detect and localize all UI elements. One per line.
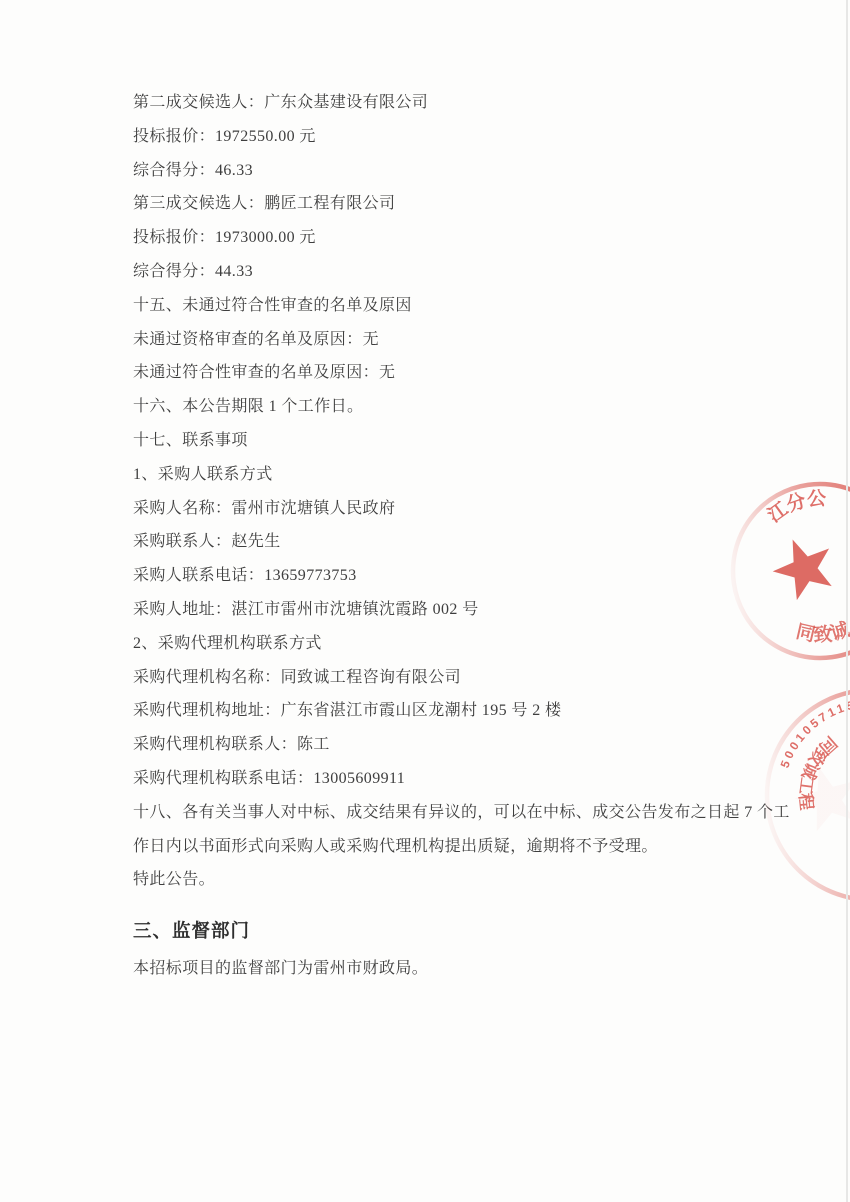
document-page: 第二成交候选人：广东众基建设有限公司投标报价：1972550.00 元综合得分：…	[0, 0, 850, 1202]
document-line: 投标报价：1972550.00 元	[133, 120, 820, 154]
document-line: 综合得分：46.33	[133, 154, 820, 188]
document-line: 采购人名称：雷州市沈塘镇人民政府	[133, 492, 820, 526]
document-line: 采购代理机构联系电话：13005609911	[133, 762, 820, 796]
document-line: 未通过符合性审查的名单及原因：无	[133, 356, 820, 390]
document-line: 综合得分：44.33	[133, 255, 820, 289]
document-line: 十七、联系事项	[133, 424, 820, 458]
document-line: 2、采购代理机构联系方式	[133, 627, 820, 661]
document-line: 十六、本公告期限 1 个工作日。	[133, 390, 820, 424]
document-line: 采购联系人：赵先生	[133, 525, 820, 559]
document-line: 第三成交候选人：鹏匠工程有限公司	[133, 187, 820, 221]
document-line: 采购人地址：湛江市雷州市沈塘镇沈霞路 002 号	[133, 593, 820, 627]
scan-edge-line	[846, 0, 848, 1202]
document-line: 未通过资格审查的名单及原因：无	[133, 323, 820, 357]
document-line: 十八、各有关当事人对中标、成交结果有异议的，可以在中标、成交公告发布之日起 7 …	[133, 796, 820, 830]
document-text: 第二成交候选人：广东众基建设有限公司投标报价：1972550.00 元综合得分：…	[133, 86, 820, 986]
document-line: 采购代理机构联系人：陈工	[133, 728, 820, 762]
document-line: 特此公告。	[133, 863, 820, 897]
document-line: 1、采购人联系方式	[133, 458, 820, 492]
document-line: 十五、未通过符合性审查的名单及原因	[133, 289, 820, 323]
document-line: 采购人联系电话：13659773753	[133, 559, 820, 593]
document-line: 作日内以书面形式向采购人或采购代理机构提出质疑，逾期将不予受理。	[133, 830, 820, 864]
document-line: 采购代理机构地址：广东省湛江市霞山区龙潮村 195 号 2 楼	[133, 694, 820, 728]
document-line: 三、监督部门	[133, 912, 820, 952]
document-line: 第二成交候选人：广东众基建设有限公司	[133, 86, 820, 120]
document-line: 投标报价：1973000.00 元	[133, 221, 820, 255]
document-line: 本招标项目的监督部门为雷州市财政局。	[133, 952, 820, 986]
document-line: 采购代理机构名称：同致诚工程咨询有限公司	[133, 661, 820, 695]
